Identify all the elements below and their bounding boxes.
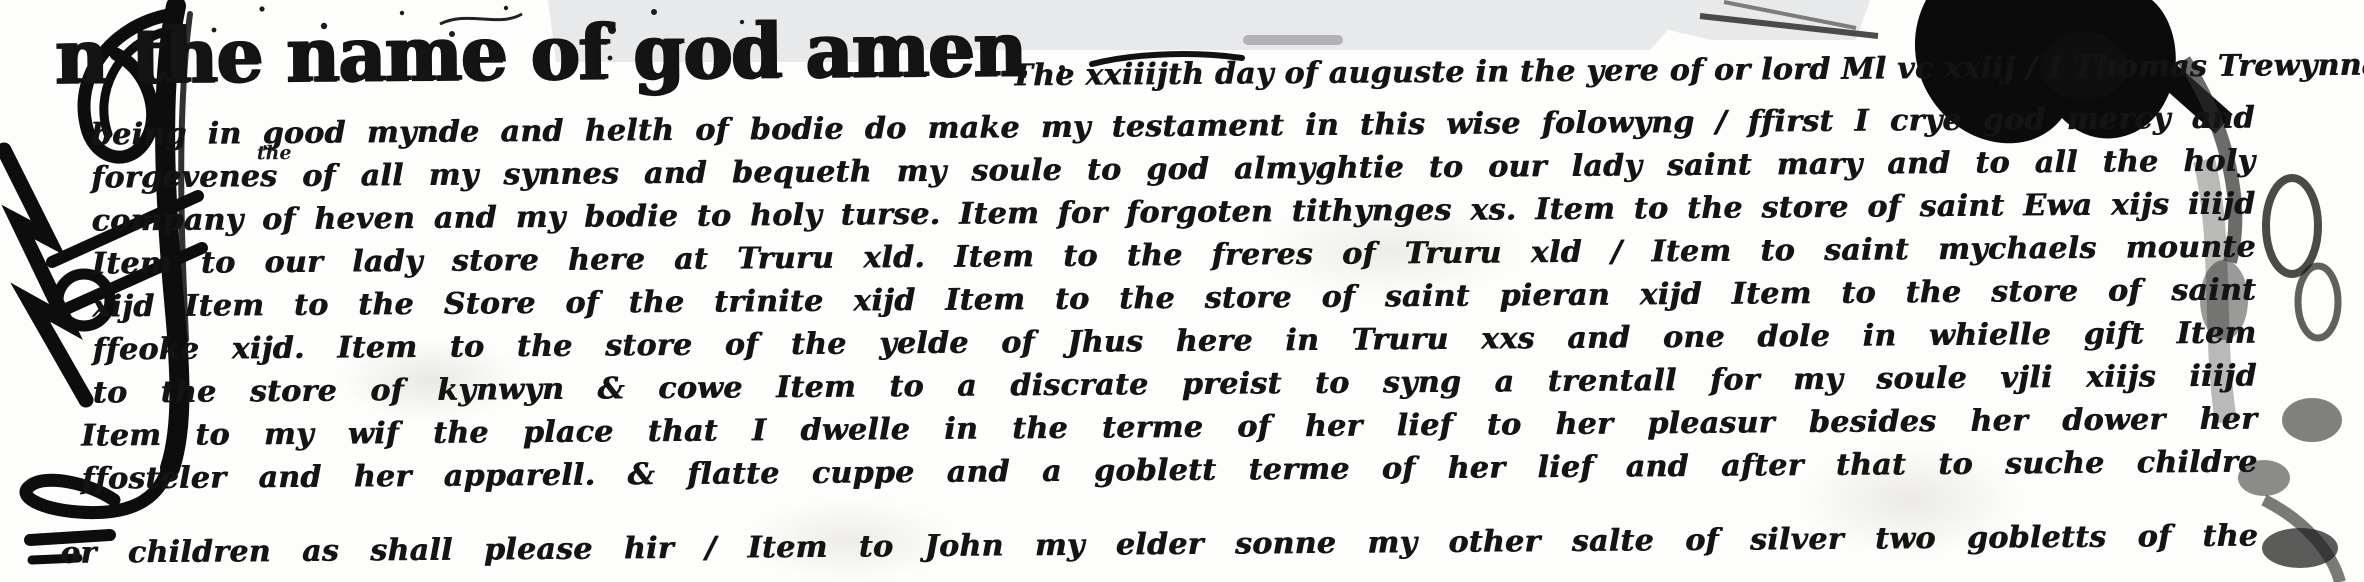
manuscript-line: to the store of kynwyn & cowe Item to a … [93,359,2257,411]
manuscript-line: ffeoke xijd. Item to the store of the ye… [92,316,2256,368]
manuscript-line: company of heven and my bodie to holy tu… [91,187,2255,239]
manuscript-line: ffosteler and her apparell. & flatte cup… [81,445,2257,497]
manuscript-text: n the name of god amen The xxiiijth day … [0,0,2364,582]
opening-date-line: The xxiiijth day of auguste in the yere … [1010,49,2250,94]
manuscript-line: Item to our lady store here at Truru xld… [92,230,2256,282]
manuscript-line: forgevenes of all my synnes and bequeth … [91,144,2255,196]
manuscript-line: xijd Item to the Store of the trinite xi… [92,273,2256,325]
blackletter-heading: n the name of god amen [54,5,1025,102]
manuscript-line: or children as shall please hir / Item t… [60,519,2258,571]
manuscript-line: being in good mynde and helth of bodie d… [91,101,2255,153]
manuscript-line: Item to my wif the place that I dwelle i… [81,402,2257,454]
manuscript-scan-view: n the name of god amen The xxiiijth day … [0,0,2364,582]
